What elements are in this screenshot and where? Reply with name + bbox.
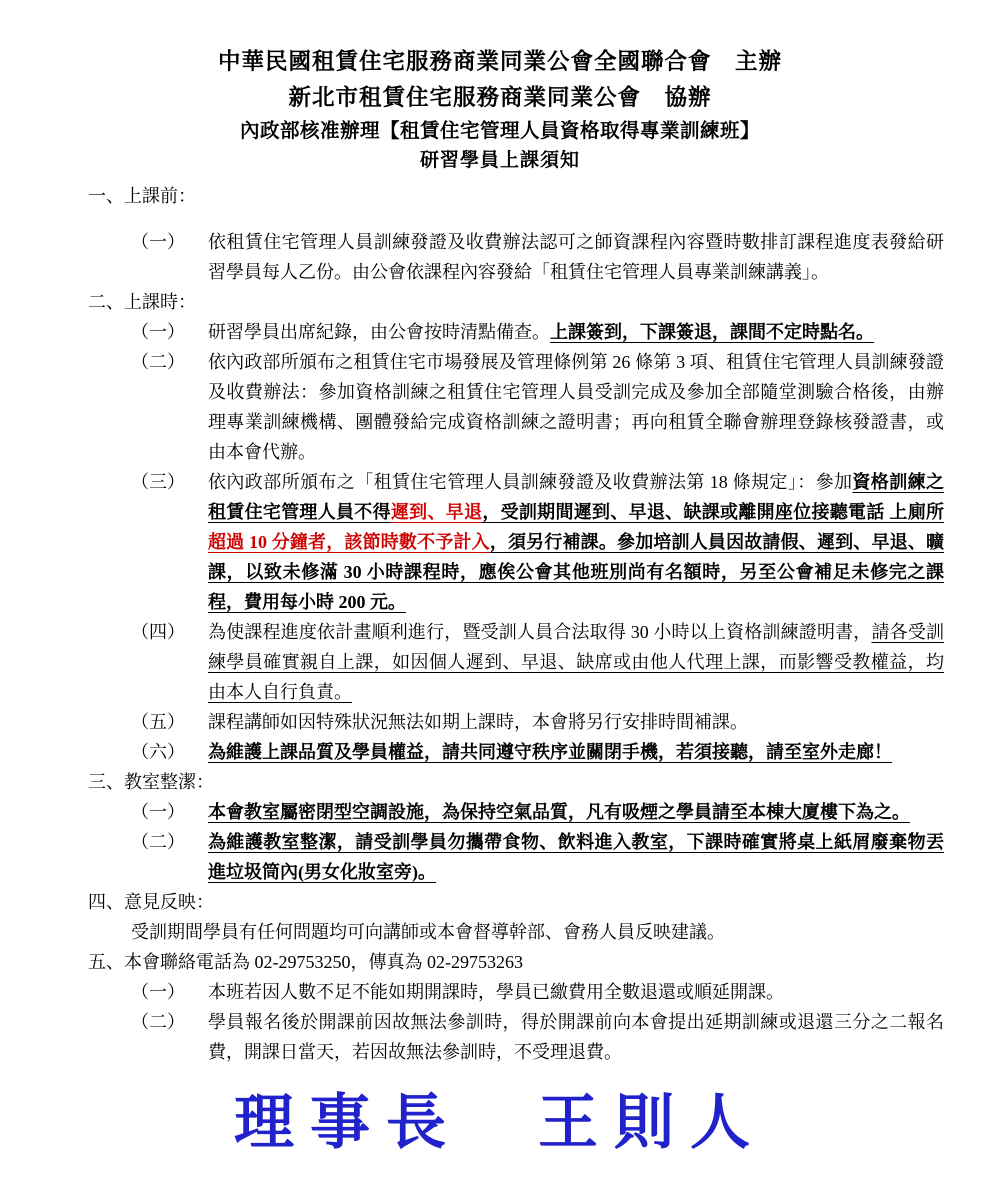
item-number: （二）	[131, 347, 208, 467]
item-text: 本班若因人數不足不能如期開課時，學員已繳費用全數退還或順延開課。	[208, 977, 944, 1007]
section-during-class: 二、上課時：（一）研習學員出席紀錄，由公會按時清點備查。上課簽到，下課簽退，課間…	[0, 287, 944, 767]
section-contact: 五、本會聯絡電話為 02-29753250，傳真為 02-29753263（一）…	[0, 947, 944, 1067]
run-text: 依內政部所頒布之「租賃住宅管理人員訓練發證及收費辦法第 18 條規定」：參加	[208, 472, 852, 492]
item-number: （五）	[131, 707, 208, 737]
document-header: 中華民國租賃住宅服務商業同業公會全國聯合會 主辦 新北市租賃住宅服務商業同業公會…	[0, 44, 1000, 175]
item-text: 為使課程進度依計畫順利進行，暨受訓人員合法取得 30 小時以上資格訓練證明書，請…	[208, 617, 944, 707]
section-heading: 四、意見反映：	[88, 887, 944, 917]
underlined-text: 本會教室屬密閉型空調設施，為保持空氣品質，凡有吸煙之學員請至本棟大廈樓下為之。	[208, 802, 910, 822]
document-body: 一、上課前：（一）依租賃住宅管理人員訓練發證及收費辦法認可之師資課程內容暨時數排…	[0, 181, 1000, 1067]
item-number: （三）	[131, 467, 208, 617]
item-number: （二）	[131, 827, 208, 887]
document-page: 中華民國租賃住宅服務商業同業公會全國聯合會 主辦 新北市租賃住宅服務商業同業公會…	[0, 0, 1000, 1188]
numbered-item: （五）課程講師如因特殊狀況無法如期上課時，本會將另行安排時間補課。	[131, 707, 944, 737]
chairman-signature: 理事長 王則人	[0, 1085, 1000, 1161]
approval-line: 內政部核准辦理【租賃住宅管理人員資格取得專業訓練班】	[0, 116, 1000, 147]
notice-title: 研習學員上課須知	[0, 147, 1000, 175]
organizer-line: 中華民國租賃住宅服務商業同業公會全國聯合會 主辦	[0, 44, 1000, 80]
run-text: 依內政部所頒布之租賃住宅市場發展及管理條例第 26 條第 3 項、租賃住宅管理人…	[208, 352, 944, 462]
item-text: 為維護教室整潔，請受訓學員勿攜帶食物、飲料進入教室，下課時確實將桌上紙屑廢棄物丟…	[208, 827, 944, 887]
co-organizer-line: 新北市租賃住宅服務商業同業公會 協辦	[0, 80, 1000, 116]
numbered-item: （三）依內政部所頒布之「租賃住宅管理人員訓練發證及收費辦法第 18 條規定」：參…	[131, 467, 944, 617]
item-text: 學員報名後於開課前因故無法參訓時，得於開課前向本會提出延期訓練或退還三分之二報名…	[208, 1007, 944, 1067]
underlined-text: ，受訓期間遲到、早退、缺課或離開座位接聽電話 上廁所	[482, 502, 944, 522]
section-feedback: 四、意見反映：受訓期間學員有任何問題均可向講師或本會督導幹部、會務人員反映建議。	[0, 887, 944, 947]
run-text: 學員報名後於開課前因故無法參訓時，得於開課前向本會提出延期訓練或退還三分之二報名…	[208, 1012, 944, 1062]
numbered-item: （二）依內政部所頒布之租賃住宅市場發展及管理條例第 26 條第 3 項、租賃住宅…	[131, 347, 944, 467]
item-number: （一）	[131, 317, 208, 347]
numbered-item: （一）依租賃住宅管理人員訓練發證及收費辦法認可之師資課程內容暨時數排訂課程進度表…	[131, 227, 944, 287]
item-text: 依內政部所頒布之租賃住宅市場發展及管理條例第 26 條第 3 項、租賃住宅管理人…	[208, 347, 944, 467]
item-number: （六）	[131, 737, 208, 767]
run-text: 本班若因人數不足不能如期開課時，學員已繳費用全數退還或順延開課。	[208, 982, 784, 1002]
underlined-text: 為維護上課品質及學員權益，請共同遵守秩序並關閉手機，若須接聽，請至室外走廊！	[208, 742, 892, 762]
item-text: 依租賃住宅管理人員訓練發證及收費辦法認可之師資課程內容暨時數排訂課程進度表發給研…	[208, 227, 944, 287]
highlight-red-text: 遲到、早退	[391, 502, 482, 522]
numbered-item: （一）本班若因人數不足不能如期開課時，學員已繳費用全數退還或順延開課。	[131, 977, 944, 1007]
item-text: 為維護上課品質及學員權益，請共同遵守秩序並關閉手機，若須接聽，請至室外走廊！	[208, 737, 944, 767]
numbered-item: （一）本會教室屬密閉型空調設施，為保持空氣品質，凡有吸煙之學員請至本棟大廈樓下為…	[131, 797, 944, 827]
section-before-class: 一、上課前：（一）依租賃住宅管理人員訓練發證及收費辦法認可之師資課程內容暨時數排…	[0, 181, 944, 287]
underlined-text: 上課簽到，下課簽退，課間不定時點名。	[550, 322, 874, 342]
section-paragraph: 受訓期間學員有任何問題均可向講師或本會督導幹部、會務人員反映建議。	[131, 917, 944, 947]
item-number: （二）	[131, 1007, 208, 1067]
run-text: 為使課程進度依計畫順利進行，暨受訓人員合法取得 30 小時以上資格訓練證明書，	[208, 622, 871, 642]
numbered-item: （六）為維護上課品質及學員權益，請共同遵守秩序並關閉手機，若須接聽，請至室外走廊…	[131, 737, 944, 767]
item-text: 本會教室屬密閉型空調設施，為保持空氣品質，凡有吸煙之學員請至本棟大廈樓下為之。	[208, 797, 944, 827]
item-text: 依內政部所頒布之「租賃住宅管理人員訓練發證及收費辦法第 18 條規定」：參加資格…	[208, 467, 944, 617]
item-number: （一）	[131, 227, 208, 287]
run-text: 課程講師如因特殊狀況無法如期上課時，本會將另行安排時間補課。	[208, 712, 748, 732]
numbered-item: （一）研習學員出席紀錄，由公會按時清點備查。上課簽到，下課簽退，課間不定時點名。	[131, 317, 944, 347]
numbered-item: （二）學員報名後於開課前因故無法參訓時，得於開課前向本會提出延期訓練或退還三分之…	[131, 1007, 944, 1067]
highlight-red-text: 超過 10 分鐘者，該節時數不予計入	[208, 532, 490, 552]
item-text: 研習學員出席紀錄，由公會按時清點備查。上課簽到，下課簽退，課間不定時點名。	[208, 317, 944, 347]
section-spacer	[0, 211, 944, 227]
section-classroom-cleanliness: 三、教室整潔：（一）本會教室屬密閉型空調設施，為保持空氣品質，凡有吸煙之學員請至…	[0, 767, 944, 887]
section-heading: 二、上課時：	[88, 287, 944, 317]
run-text: 依租賃住宅管理人員訓練發證及收費辦法認可之師資課程內容暨時數排訂課程進度表發給研…	[208, 232, 944, 282]
section-heading: 一、上課前：	[88, 181, 944, 211]
numbered-item: （二）為維護教室整潔，請受訓學員勿攜帶食物、飲料進入教室，下課時確實將桌上紙屑廢…	[131, 827, 944, 887]
section-heading: 三、教室整潔：	[88, 767, 944, 797]
section-heading: 五、本會聯絡電話為 02-29753250，傳真為 02-29753263	[88, 947, 944, 977]
numbered-item: （四）為使課程進度依計畫順利進行，暨受訓人員合法取得 30 小時以上資格訓練證明…	[131, 617, 944, 707]
item-number: （四）	[131, 617, 208, 707]
item-number: （一）	[131, 977, 208, 1007]
underlined-text: 為維護教室整潔，請受訓學員勿攜帶食物、飲料進入教室，下課時確實將桌上紙屑廢棄物丟…	[208, 832, 944, 882]
run-text: 研習學員出席紀錄，由公會按時清點備查。	[208, 322, 550, 342]
item-number: （一）	[131, 797, 208, 827]
item-text: 課程講師如因特殊狀況無法如期上課時，本會將另行安排時間補課。	[208, 707, 944, 737]
